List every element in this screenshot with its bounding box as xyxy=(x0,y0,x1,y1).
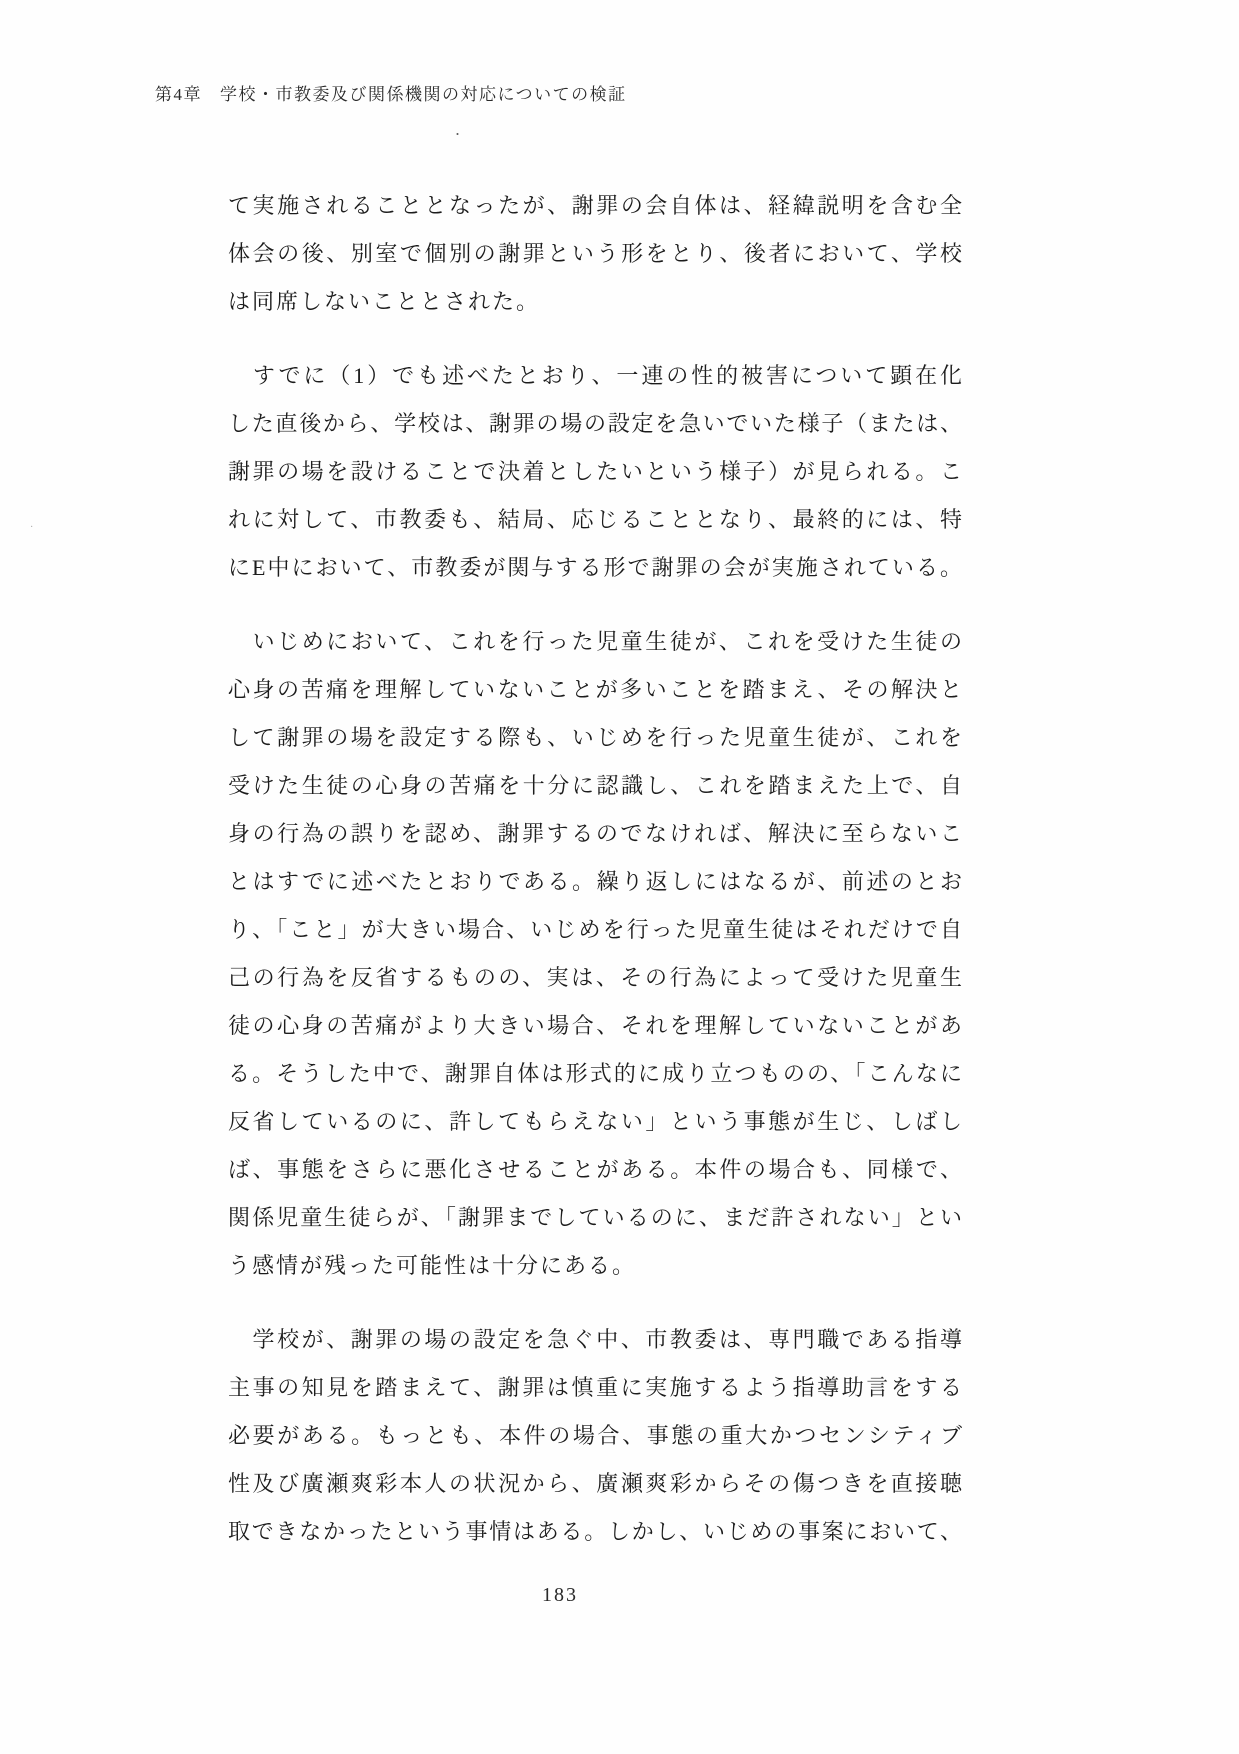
text-line: り、「こと」が大きい場合、いじめを行った児童生徒はそれだけで自 xyxy=(228,906,962,954)
text-line: とはすでに述べたとおりである。繰り返しにはなるが、前述のとお xyxy=(228,858,962,906)
text-line: 必要がある。もっとも、本件の場合、事態の重大かつセンシティブ xyxy=(228,1412,962,1460)
scan-artifact-margin-dot: · xyxy=(30,522,33,533)
chapter-header: 第4章学校・市教委及び関係機関の対応についての検証 xyxy=(155,80,627,105)
text-line: 反省しているのに、許してもらえない」という事態が生じ、しばし xyxy=(228,1098,962,1146)
scan-artifact-center-dot: ・ xyxy=(452,126,463,142)
document-page: 第4章学校・市教委及び関係機関の対応についての検証 ・ · て実施されることとな… xyxy=(0,0,1239,1754)
text-line: 学校が、謝罪の場の設定を急ぐ中、市教委は、専門職である指導 xyxy=(228,1316,962,1364)
text-line: して謝罪の場を設定する際も、いじめを行った児童生徒が、これを xyxy=(228,714,962,762)
text-line: て実施されることとなったが、謝罪の会自体は、経緯説明を含む全 xyxy=(228,182,962,230)
text-line: いじめにおいて、これを行った児童生徒が、これを受けた生徒の xyxy=(228,618,962,666)
text-line: る。そうした中で、謝罪自体は形式的に成り立つものの、「こんなに xyxy=(228,1050,962,1098)
text-line: 体会の後、別室で個別の謝罪という形をとり、後者において、学校 xyxy=(228,230,962,278)
text-line: 己の行為を反省するものの、実は、その行為によって受けた児童生 xyxy=(228,954,962,1002)
chapter-label: 第4章 xyxy=(155,85,202,104)
text-line: は同席しないこととされた。 xyxy=(228,278,962,326)
text-line: した直後から、学校は、謝罪の場の設定を急いでいた様子（または、 xyxy=(228,400,962,448)
paragraph: いじめにおいて、これを行った児童生徒が、これを受けた生徒の心身の苦痛を理解してい… xyxy=(228,618,962,1290)
text-line: 関係児童生徒らが、「謝罪までしているのに、まだ許されない」とい xyxy=(228,1194,962,1242)
text-line: すでに（1）でも述べたとおり、一連の性的被害について顕在化 xyxy=(228,352,962,400)
paragraph: 学校が、謝罪の場の設定を急ぐ中、市教委は、専門職である指導主事の知見を踏まえて、… xyxy=(228,1316,962,1556)
text-line: 徒の心身の苦痛がより大きい場合、それを理解していないことがあ xyxy=(228,1002,962,1050)
chapter-title: 学校・市教委及び関係機関の対応についての検証 xyxy=(220,85,627,104)
text-line: れに対して、市教委も、結局、応じることとなり、最終的には、特 xyxy=(228,496,962,544)
body-text: て実施されることとなったが、謝罪の会自体は、経緯説明を含む全体会の後、別室で個別… xyxy=(228,182,962,1582)
text-line: にE中において、市教委が関与する形で謝罪の会が実施されている。 xyxy=(228,544,962,592)
text-line: 受けた生徒の心身の苦痛を十分に認識し、これを踏まえた上で、自 xyxy=(228,762,962,810)
text-line: 心身の苦痛を理解していないことが多いことを踏まえ、その解決と xyxy=(228,666,962,714)
text-line: ば、事態をさらに悪化させることがある。本件の場合も、同様で、 xyxy=(228,1146,962,1194)
paragraph: すでに（1）でも述べたとおり、一連の性的被害について顕在化した直後から、学校は、… xyxy=(228,352,962,592)
text-line: 主事の知見を踏まえて、謝罪は慎重に実施するよう指導助言をする xyxy=(228,1364,962,1412)
text-line: 謝罪の場を設けることで決着としたいという様子）が見られる。こ xyxy=(228,448,962,496)
text-line: 身の行為の誤りを認め、謝罪するのでなければ、解決に至らないこ xyxy=(228,810,962,858)
text-line: 取できなかったという事情はある。しかし、いじめの事案において、 xyxy=(228,1508,962,1556)
page-number: 183 xyxy=(0,1584,1120,1607)
text-line: 性及び廣瀬爽彩本人の状況から、廣瀬爽彩からその傷つきを直接聴 xyxy=(228,1460,962,1508)
paragraph: て実施されることとなったが、謝罪の会自体は、経緯説明を含む全体会の後、別室で個別… xyxy=(228,182,962,326)
text-line: う感情が残った可能性は十分にある。 xyxy=(228,1242,962,1290)
